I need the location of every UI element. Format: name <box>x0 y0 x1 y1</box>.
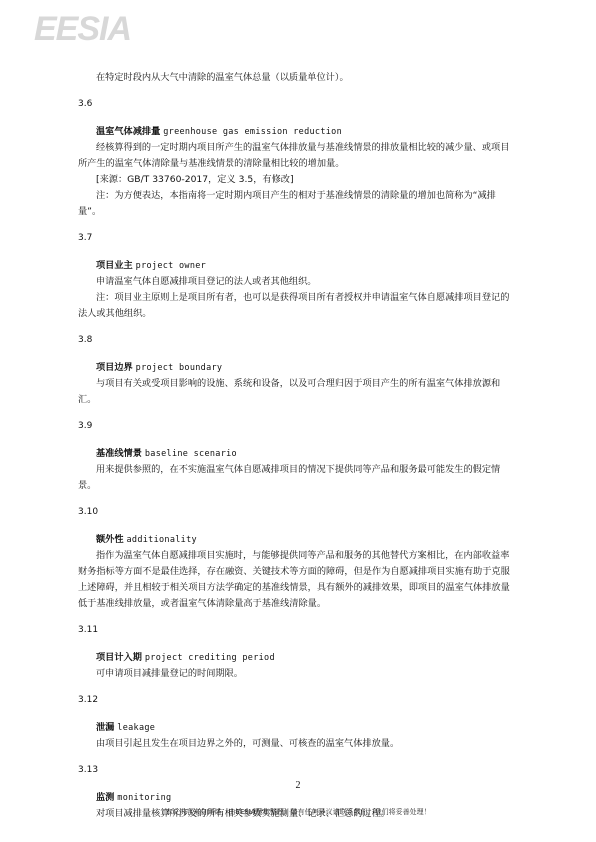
entry-term: 项目计入期 project crediting period <box>78 650 518 666</box>
entry-3-11: 3.11 项目计入期 project crediting period 可申请项… <box>78 622 518 682</box>
entry-3-7: 3.7 项目业主 project owner 申请温室气体自愿减排项目登记的法人… <box>78 230 518 322</box>
entry-number: 3.6 <box>78 96 518 112</box>
entry-number: 3.7 <box>78 230 518 246</box>
term-en: baseline scenario <box>145 449 237 459</box>
entry-definition: 申请温室气体自愿减排项目登记的法人或者其他组织。 <box>78 274 518 290</box>
entry-3-12: 3.12 泄漏 leakage 由项目引起且发生在项目边界之外的，可测量、可核查… <box>78 692 518 752</box>
entry-3-10: 3.10 额外性 additionality 指作为温室气体自愿减排项目实施时，… <box>78 504 518 612</box>
entry-definition: 指作为温室气体自愿减排项目实施时，与能够提供同等产品和服务的其他替代方案相比，在… <box>78 548 518 612</box>
entry-number: 3.9 <box>78 418 518 434</box>
entry-term: 泄漏 leakage <box>78 720 518 736</box>
entry-definition: 经核算得到的一定时期内项目所产生的温室气体排放量与基准线情景的排放量相比较的减少… <box>78 140 518 172</box>
entry-term: 温室气体减排量 greenhouse gas emission reductio… <box>78 124 518 140</box>
term-zh: 基准线情景 <box>96 448 142 459</box>
entry-number: 3.11 <box>78 622 518 638</box>
term-zh: 监测 <box>96 792 114 803</box>
term-zh: 温室气体减排量 <box>96 126 160 137</box>
term-zh: 项目业主 <box>96 260 133 271</box>
entry-term: 基准线情景 baseline scenario <box>78 446 518 462</box>
term-zh: 项目边界 <box>96 362 133 373</box>
footer-disclaimer: 本文内容来自网络，由EESIA搜集整理，如有任何异议请联系我们，我们将妥善处理！ <box>0 807 596 817</box>
entry-term: 额外性 additionality <box>78 532 518 548</box>
entry-source: [来源：GB/T 33760-2017，定义 3.5，有修改] <box>78 172 518 188</box>
term-en: project owner <box>136 261 206 271</box>
term-en: project boundary <box>136 363 223 373</box>
term-en: greenhouse gas emission reduction <box>163 127 342 137</box>
entry-number: 3.12 <box>78 692 518 708</box>
entry-3-8: 3.8 项目边界 project boundary 与项目有关或受项目影响的设施… <box>78 332 518 408</box>
entry-note: 注：项目业主原则上是项目所有者，也可以是获得项目所有者授权并申请温室气体自愿减排… <box>78 290 518 322</box>
entry-definition: 用来提供参照的，在不实施温室气体自愿减排项目的情况下提供同等产品和服务最可能发生… <box>78 462 518 494</box>
document-body: 在特定时段内从大气中清除的温室气体总量（以质量单位计）。 3.6 温室气体减排量… <box>78 70 518 822</box>
entry-definition: 可申请项目减排量登记的时间期限。 <box>78 666 518 682</box>
term-en: leakage <box>117 723 155 733</box>
entry-3-6: 3.6 温室气体减排量 greenhouse gas emission redu… <box>78 96 518 220</box>
term-zh: 泄漏 <box>96 722 114 733</box>
term-zh: 额外性 <box>96 534 124 545</box>
term-en: monitoring <box>117 793 171 803</box>
term-en: project crediting period <box>145 653 275 663</box>
entry-number: 3.13 <box>78 762 518 778</box>
entry-3-9: 3.9 基准线情景 baseline scenario 用来提供参照的，在不实施… <box>78 418 518 494</box>
term-en: additionality <box>126 535 196 545</box>
entry-term: 监测 monitoring <box>78 790 518 806</box>
entry-term: 项目业主 project owner <box>78 258 518 274</box>
entry-definition: 由项目引起且发生在项目边界之外的，可测量、可核查的温室气体排放量。 <box>78 736 518 752</box>
term-zh: 项目计入期 <box>96 652 142 663</box>
eesia-logo: EESIA <box>34 10 131 49</box>
entry-note: 注：为方便表达，本指南将一定时期内项目产生的相对于基准线情景的清除量的增加也简称… <box>78 188 518 220</box>
entry-definition: 与项目有关或受项目影响的设施、系统和设备，以及可合理归因于项目产生的所有温室气体… <box>78 376 518 408</box>
entry-number: 3.10 <box>78 504 518 520</box>
entry-number: 3.8 <box>78 332 518 348</box>
intro-line: 在特定时段内从大气中清除的温室气体总量（以质量单位计）。 <box>78 70 518 86</box>
entry-term: 项目边界 project boundary <box>78 360 518 376</box>
page-number: 2 <box>0 780 596 791</box>
